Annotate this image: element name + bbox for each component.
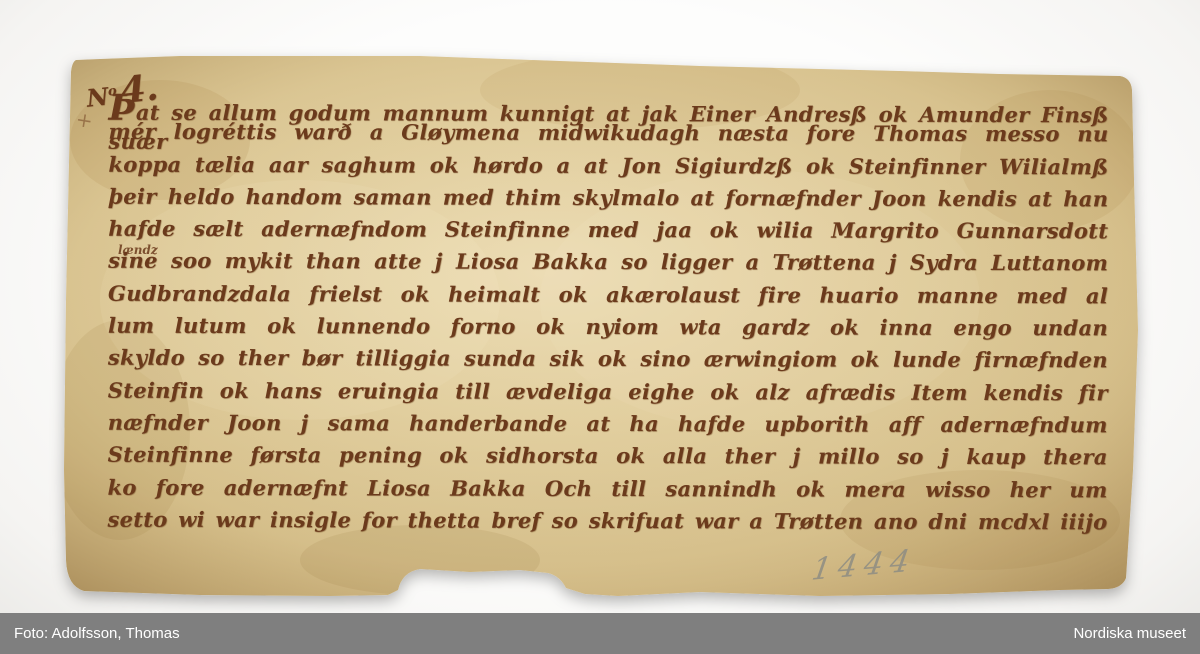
manuscript-line: Steinfinne førsta pening ok sidhorsta ok… (108, 442, 1108, 477)
photographer-credit: Foto: Adolfsson, Thomas (14, 625, 180, 642)
caption-bar: Foto: Adolfsson, Thomas Nordiska museet (0, 613, 1200, 654)
manuscript-line: Steinfin ok hans eruingia till ævdeliga … (108, 377, 1108, 412)
manuscript-line: koppa tælia aar saghum ok hørdo a at Jon… (108, 151, 1108, 186)
manuscript-line: hafde sælt adernæfndom Steinfinne med ja… (108, 216, 1108, 251)
photo-background: No4. + Þat se allum godum mannum kunnigt… (0, 0, 1200, 654)
manuscript-text-block: Þat se allum godum mannum kunnigt at jak… (107, 87, 1108, 542)
museum-credit: Nordiska museet (1073, 625, 1186, 642)
manuscript-line: lum lutum ok lunnendo forno ok nyiom wta… (108, 313, 1108, 348)
interlinear-correction: lændz (118, 243, 158, 257)
manuscript-line: Gudbrandzdala frielst ok heimalt ok akær… (108, 280, 1108, 315)
manuscript-line: Þat se allum godum mannum kunnigt at jak… (109, 87, 1109, 122)
museum-photo: No4. + Þat se allum godum mannum kunnigt… (0, 0, 1200, 654)
manuscript-line: þeir heldo handom saman med thim skylmal… (108, 184, 1108, 219)
manuscript-line: næfnder Joon j sama handerbande at ha ha… (108, 410, 1108, 445)
manuscript-line: setto wi war insigle for thetta bref so … (107, 507, 1107, 542)
manuscript-line: sine soo mykit than atte j Liosa Bakka s… (108, 248, 1108, 283)
manuscript-line: mér logréttis warð a Gløymena midwikudag… (108, 119, 1108, 154)
manuscript-line: skyldo so ther bør tilliggia sunda sik o… (108, 345, 1108, 380)
manuscript-line: ko fore adernæfnt Liosa Bakka Och till s… (107, 474, 1107, 509)
